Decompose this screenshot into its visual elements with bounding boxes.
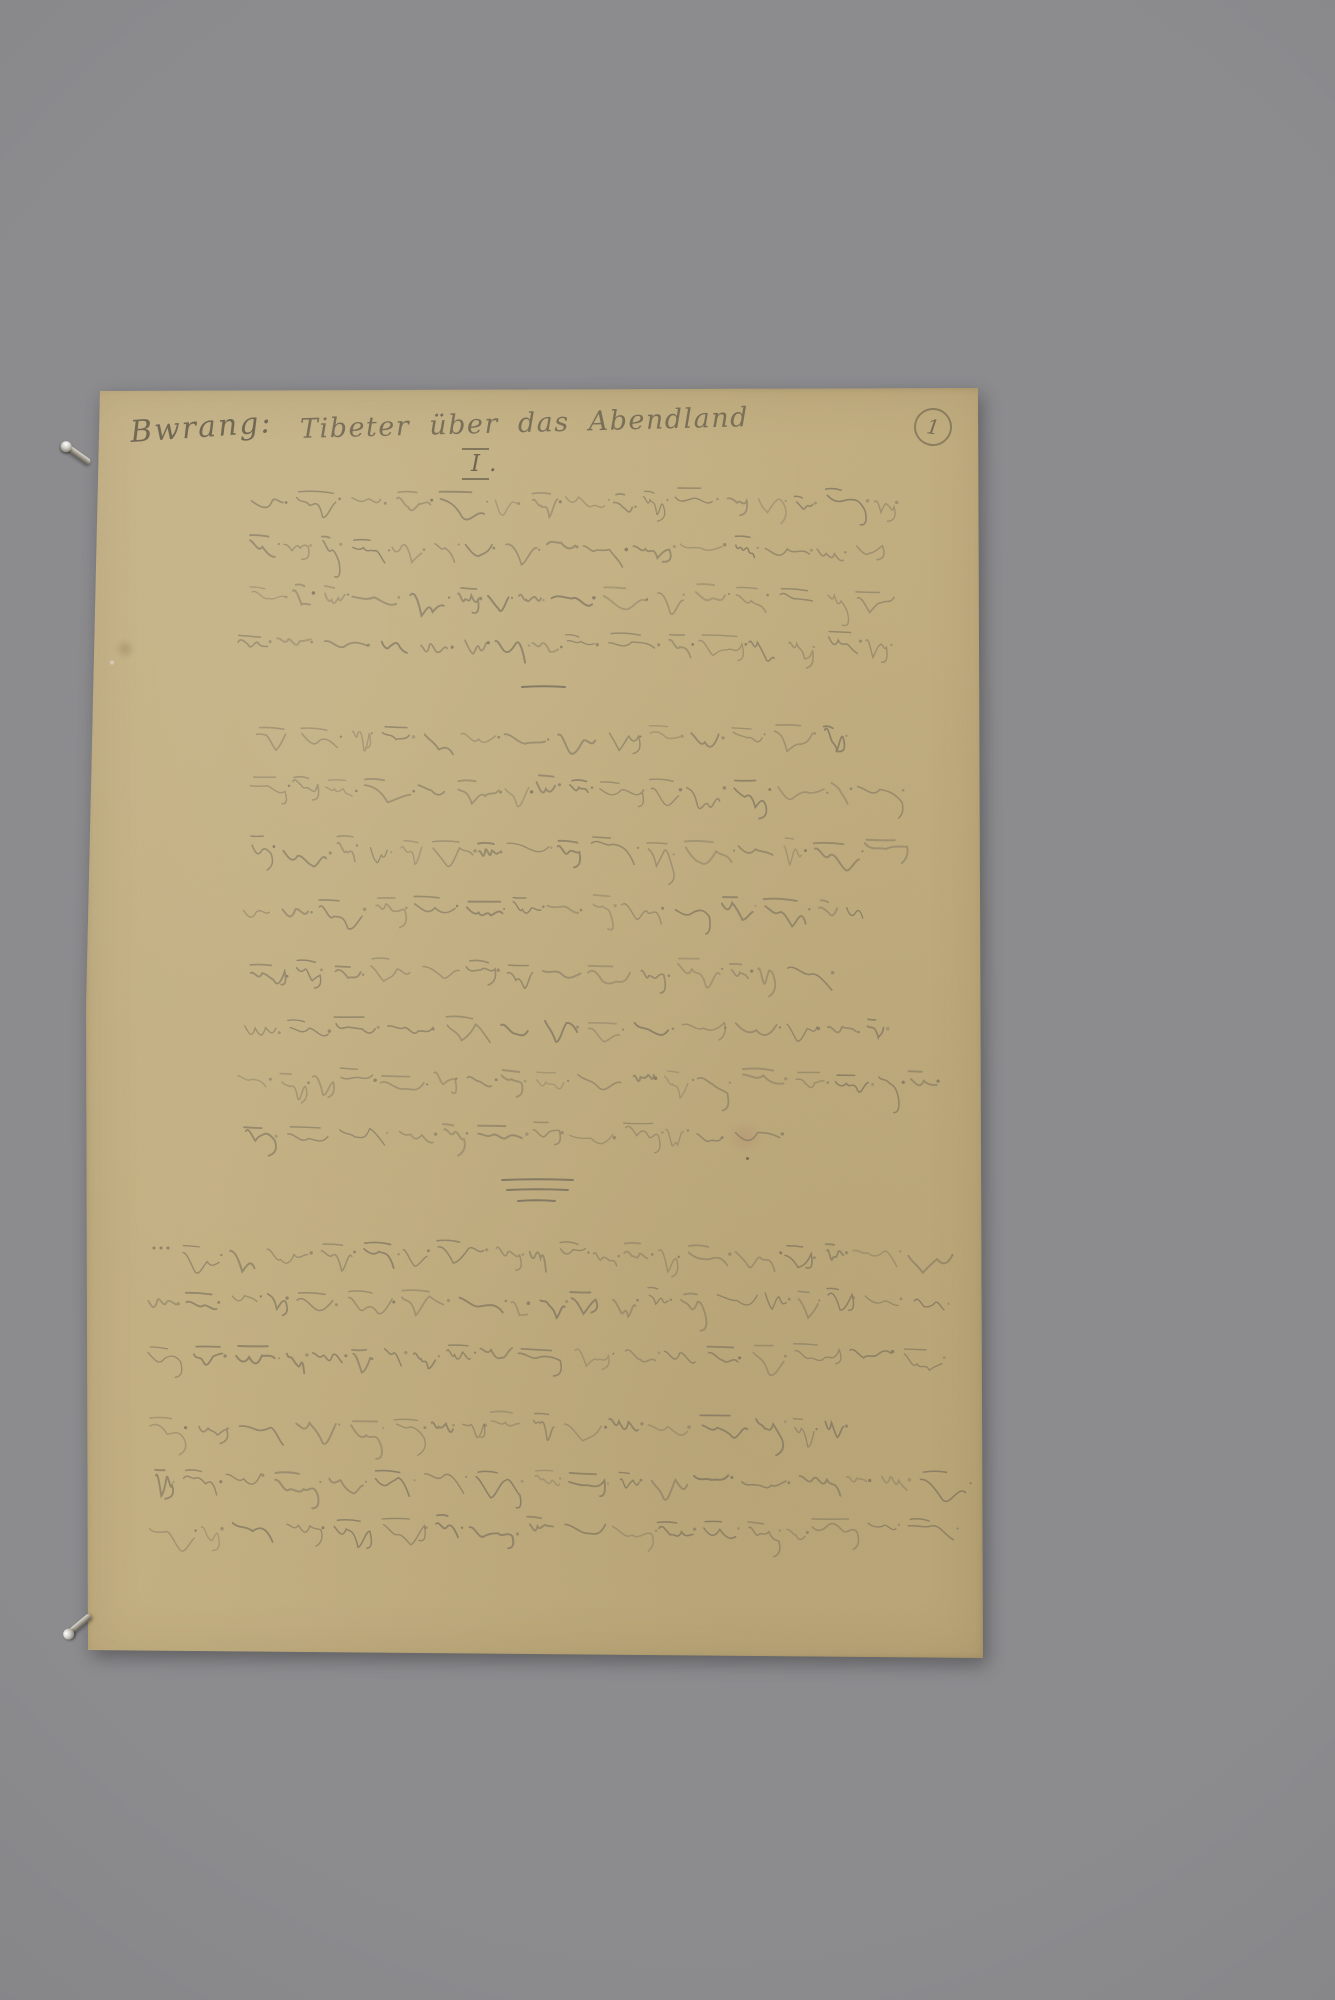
manuscript-page: Bwrang: Tibeter über das Abendland I. 1 [86, 388, 983, 1658]
section-numeral: I. [462, 448, 496, 480]
page-number: 1 [925, 414, 941, 440]
roman-numeral: I [462, 448, 489, 480]
handwriting-layer [86, 388, 983, 1658]
numeral-period: . [489, 451, 496, 477]
paper-shadow-wrapper: Bwrang: Tibeter über das Abendland I. 1 [86, 388, 983, 1658]
photograph-background: Bwrang: Tibeter über das Abendland I. 1 [0, 0, 1335, 2000]
